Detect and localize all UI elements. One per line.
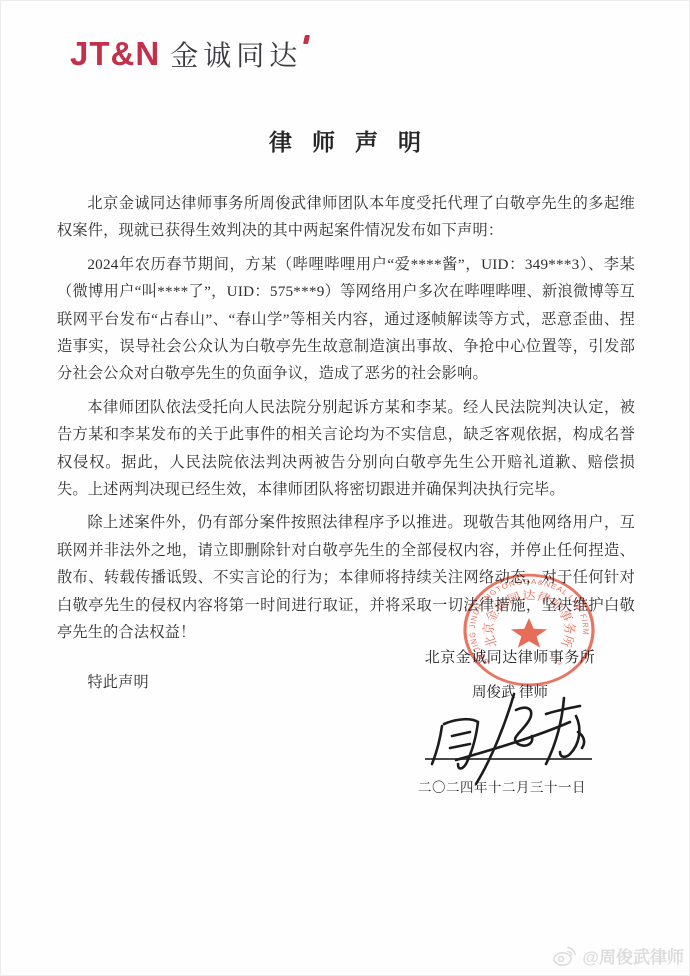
watermark-text: @周俊武律师 (582, 943, 684, 968)
firm-logo: JT&N 金诚同达 (70, 34, 302, 74)
weibo-watermark: @周俊武律师 (552, 943, 684, 968)
page-title: 律师声明 (0, 124, 690, 157)
weibo-icon (552, 945, 578, 967)
logo-tick-icon (303, 35, 310, 44)
statement-document: JT&N 金诚同达 律师声明 北京金诚同达律师事务所周俊武律师团队本年度受托代理… (0, 0, 690, 976)
firm-logo-name: 金诚同达 (170, 34, 302, 74)
handwritten-signature (428, 688, 598, 788)
seal-star-icon (511, 618, 547, 648)
seal-number-fragment: 208 (549, 654, 563, 668)
jtn-logo-mark: JT&N (70, 35, 160, 73)
paragraph-judgment: 本律师团队依法受托向人民法院分别起诉方某和李某。经人民法院判决认定，被告方某和李… (57, 394, 635, 504)
paragraph-incident: 2024年农历春节期间，方某（哔哩哔哩用户“爱****酱”，UID：349***… (57, 251, 635, 388)
official-seal-stamp: BEIJING JINCHENGTONGDA&NEAL LAW FIRM 北京金… (459, 570, 599, 690)
paragraph-intro: 北京金诚同达律师事务所周俊武律师团队本年度受托代理了白敬亭先生的多起维权案件，现… (57, 190, 635, 245)
